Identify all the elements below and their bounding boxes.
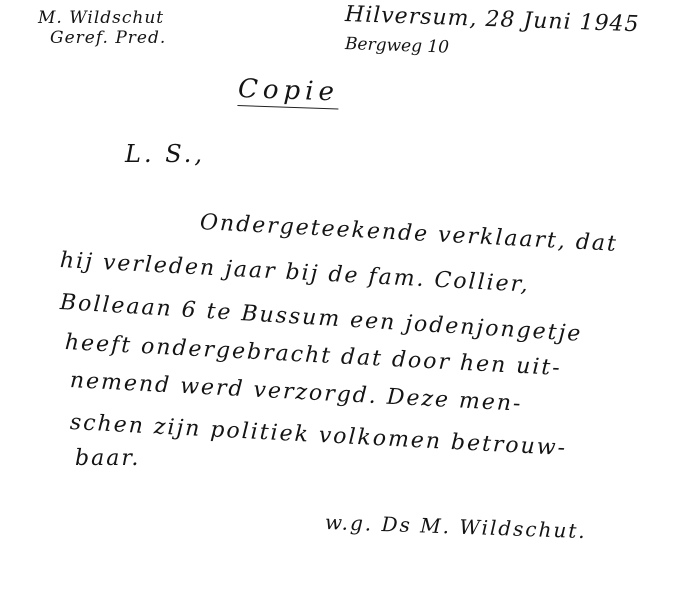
signature: w.g. Ds M. Wildschut. — [325, 510, 588, 543]
salutation: L. S., — [125, 140, 205, 168]
address: Bergweg 10 — [345, 34, 450, 58]
sender-name: M. Wildschut — [38, 8, 166, 28]
body-line: Ondergeteekende verklaart, dat — [199, 210, 618, 257]
sender-title: Geref. Pred. — [50, 28, 166, 48]
sender-block: M. Wildschut Geref. Pred. — [38, 8, 166, 48]
body-line: baar. — [75, 446, 140, 471]
body-line: hij verleden jaar bij de fam. Collier, — [59, 248, 530, 298]
body-line: schen zijn politiek volkomen betrouw- — [69, 410, 567, 461]
heading-copie: Copie — [237, 74, 339, 110]
place-date: Hilversum, 28 Juni 1945 — [345, 2, 640, 37]
